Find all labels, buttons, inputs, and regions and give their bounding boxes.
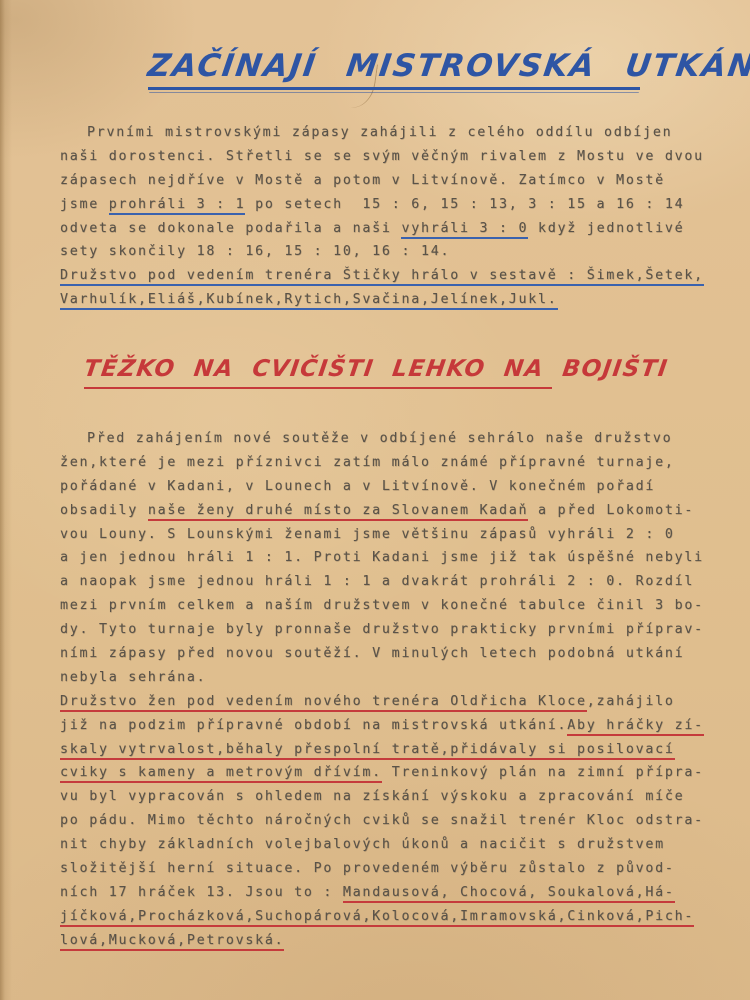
section-2-heading: TĚŽKO NA CVIČIŠTI LEHKO NA BOJIŠTI — [84, 356, 668, 389]
red-underlined-text: Družstvo žen pod vedením nového trenéra … — [60, 694, 587, 712]
typed-text: jsme — [60, 197, 109, 212]
text-line: naši dorostenci. Střetli se se svým věčn… — [60, 145, 750, 169]
typed-text: mezi prvním celkem a naším družstvem v k… — [60, 598, 704, 613]
section-2-body: Před zahájením nové soutěže v odbíjené s… — [60, 427, 750, 953]
typed-text: Treninkový plán na zimní přípra- — [382, 765, 704, 780]
text-line: sety skončily 18 : 16, 15 : 10, 16 : 14. — [60, 240, 750, 264]
text-line: skaly vytrvalost,běhaly přespolní tratě,… — [60, 738, 750, 762]
blue-underlined-text: Varhulík,Eliáš,Kubínek,Rytich,Svačina,Je… — [60, 292, 558, 310]
typed-text: zápasech nejdříve v Mostě a potom v Litv… — [60, 173, 665, 188]
text-line: Před zahájením nové soutěže v odbíjené s… — [60, 427, 750, 451]
typed-text: již na podzim přípravné období na mistro… — [60, 718, 567, 733]
red-underlined-text: naše ženy druhé místo za Slovanem Kadaň — [148, 503, 528, 521]
typed-text: obsadily — [60, 503, 148, 518]
section-1-heading-underline — [148, 87, 640, 90]
red-underlined-text: jíčková,Procházková,Suchopárová,Kolocová… — [60, 909, 694, 927]
text-line: ních 17 hráček 13. Jsou to : Mandausová,… — [60, 881, 750, 905]
typed-text: Před zahájením nové soutěže v odbíjené s… — [87, 431, 672, 446]
text-line: pořádané v Kadani, v Lounech a v Litvíno… — [60, 475, 750, 499]
typed-text: Prvními mistrovskými zápasy zahájili z c… — [87, 125, 672, 140]
blue-underlined-text: prohráli 3 : 1 — [109, 197, 246, 215]
section-2-heading-underline — [84, 387, 552, 389]
typed-text: žen,které je mezi příznivci zatím málo z… — [60, 455, 675, 470]
typed-text: po setech 15 : 6, 15 : 13, 3 : 15 a 16 :… — [245, 197, 684, 212]
section-1-heading-text: ZAČÍNAJÍ MISTROVSKÁ UTKÁNÍ — [145, 48, 750, 84]
text-line: ními zápasy před novou soutěží. V minulý… — [60, 642, 750, 666]
typed-text: dy. Tyto turnaje byly pronnaše družstvo … — [60, 622, 704, 637]
text-line: odveta se dokonale podařila a naši vyhrá… — [60, 217, 750, 241]
section-1-heading: ZAČÍNAJÍ MISTROVSKÁ UTKÁNÍ — [148, 48, 750, 90]
text-line: lová,Mucková,Petrovská. — [60, 929, 750, 953]
typed-text: složitější herní situace. Po provedeném … — [60, 861, 675, 876]
typed-text: a naopak jsme jednou hráli 1 : 1 a dvakr… — [60, 574, 694, 589]
text-line: Prvními mistrovskými zápasy zahájili z c… — [60, 121, 750, 145]
text-line: Varhulík,Eliáš,Kubínek,Rytich,Svačina,Je… — [60, 288, 750, 312]
section-2-heading-text: TĚŽKO NA CVIČIŠTI LEHKO NA BOJIŠTI — [82, 356, 670, 382]
typed-text: naši dorostenci. Střetli se se svým věčn… — [60, 149, 704, 164]
text-line: jíčková,Procházková,Suchopárová,Kolocová… — [60, 905, 750, 929]
typed-text: nit chyby základních volejbalových úkonů… — [60, 837, 665, 852]
text-line: složitější herní situace. Po provedeném … — [60, 857, 750, 881]
typed-text: a před Lokomoti- — [528, 503, 694, 518]
text-line: a naopak jsme jednou hráli 1 : 1 a dvakr… — [60, 570, 750, 594]
typed-text: pořádané v Kadani, v Lounech a v Litvíno… — [60, 479, 655, 494]
text-line: zápasech nejdříve v Mostě a potom v Litv… — [60, 169, 750, 193]
text-line: Družstvo žen pod vedením nového trenéra … — [60, 690, 750, 714]
text-line: již na podzim přípravné období na mistro… — [60, 714, 750, 738]
typed-text: vou Louny. S Lounskými ženami jsme větši… — [60, 527, 675, 542]
text-line: Družstvo pod vedením trenéra Štičky hrál… — [60, 264, 750, 288]
typed-text: když jednotlivé — [528, 221, 684, 236]
text-line: po pádu. Mimo těchto náročných cviků se … — [60, 809, 750, 833]
text-line: mezi prvním celkem a naším družstvem v k… — [60, 594, 750, 618]
text-line: obsadily naše ženy druhé místo za Slovan… — [60, 499, 750, 523]
text-line: a jen jednou hráli 1 : 1. Proti Kadani j… — [60, 546, 750, 570]
red-underlined-text: lová,Mucková,Petrovská. — [60, 933, 284, 951]
text-line: nit chyby základních volejbalových úkonů… — [60, 833, 750, 857]
text-line: nebyla sehrána. — [60, 666, 750, 690]
text-line: dy. Tyto turnaje byly pronnaše družstvo … — [60, 618, 750, 642]
text-line: žen,které je mezi příznivci zatím málo z… — [60, 451, 750, 475]
typed-text: nebyla sehrána. — [60, 670, 206, 685]
section-1-body: Prvními mistrovskými zápasy zahájili z c… — [60, 121, 750, 312]
text-line: cviky s kameny a metrovým dřívím. Trenin… — [60, 761, 750, 785]
typed-text: ními zápasy před novou soutěží. V minulý… — [60, 646, 684, 661]
text-line: jsme prohráli 3 : 1 po setech 15 : 6, 15… — [60, 193, 750, 217]
typed-text: ních 17 hráček 13. Jsou to : — [60, 885, 343, 900]
red-underlined-text: Mandausová, Chocová, Soukalová,Há- — [343, 885, 675, 903]
blue-underlined-text: vyhráli 3 : 0 — [401, 221, 528, 239]
red-underlined-text: Aby hráčky zí- — [567, 718, 704, 736]
typed-text: a jen jednou hráli 1 : 1. Proti Kadani j… — [60, 550, 704, 565]
text-line: vou Louny. S Lounskými ženami jsme větši… — [60, 523, 750, 547]
typed-text: vu byl vypracován s ohledem na získání v… — [60, 789, 684, 804]
typed-text: ,zahájilo — [587, 694, 675, 709]
typed-text: sety skončily 18 : 16, 15 : 10, 16 : 14. — [60, 244, 450, 259]
red-underlined-text: skaly vytrvalost,běhaly přespolní tratě,… — [60, 742, 675, 760]
document-page: ZAČÍNAJÍ MISTROVSKÁ UTKÁNÍ Prvními mistr… — [0, 0, 750, 1000]
text-line: vu byl vypracován s ohledem na získání v… — [60, 785, 750, 809]
red-underlined-text: cviky s kameny a metrovým dřívím. — [60, 765, 382, 783]
typed-text: odveta se dokonale podařila a naši — [60, 221, 401, 236]
blue-underlined-text: Družstvo pod vedením trenéra Štičky hrál… — [60, 268, 704, 286]
typed-text: po pádu. Mimo těchto náročných cviků se … — [60, 813, 704, 828]
